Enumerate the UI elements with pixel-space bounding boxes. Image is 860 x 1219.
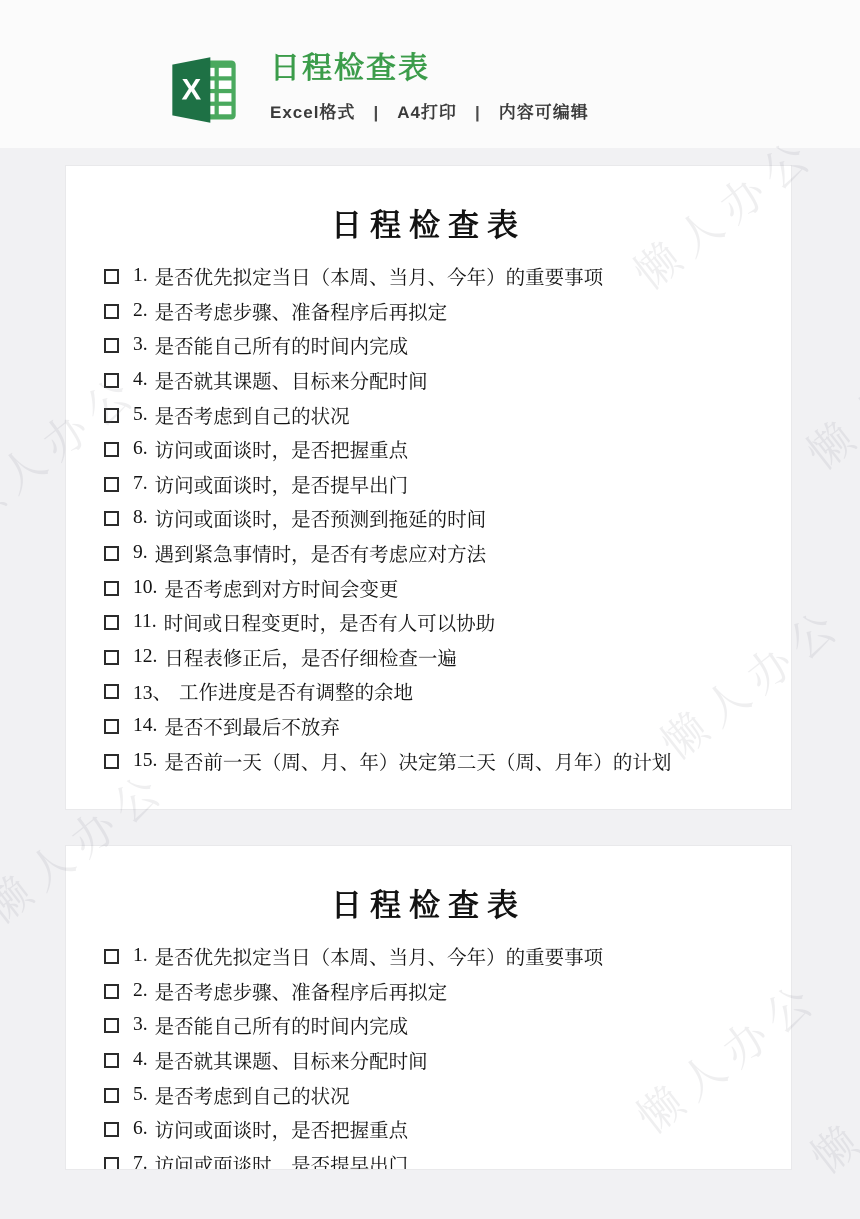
checklist-item: 3.是否能自己所有的时间内完成 (104, 328, 791, 363)
page-subtitle: Excel格式|A4打印|内容可编辑 (270, 98, 589, 123)
item-text: 工作进度是否有调整的余地 (179, 677, 413, 705)
item-number: 12. (133, 646, 157, 668)
checkbox-icon (104, 269, 119, 284)
site-watermark: 懒人办公 (795, 1002, 860, 1185)
checklist: 1.是否优先拟定当日（本周、当月、今年）的重要事项2.是否考虑步骤、准备程序后再… (104, 259, 791, 778)
checkbox-icon (104, 650, 119, 665)
item-number: 15. (133, 750, 157, 772)
checklist-item: 8.访问或面谈时，是否预测到拖延的时间 (104, 501, 791, 536)
checkbox-icon (104, 511, 119, 526)
excel-logo-icon: X (170, 52, 238, 128)
item-number: 5. (133, 404, 148, 426)
item-number: 2. (133, 980, 148, 1002)
subtitle-editable: 内容可编辑 (499, 103, 589, 122)
item-text: 是否优先拟定当日（本周、当月、今年）的重要事项 (155, 262, 604, 290)
item-number: 5. (133, 1084, 148, 1106)
checkbox-icon (104, 581, 119, 596)
item-text: 是否就其课题、目标来分配时间 (155, 1046, 428, 1074)
checkbox-icon (104, 1088, 119, 1103)
checkbox-icon (104, 373, 119, 388)
item-number: 7. (133, 473, 148, 495)
checklist-item: 13、工作进度是否有调整的余地 (104, 674, 791, 709)
item-text: 是否能自己所有的时间内完成 (155, 1011, 409, 1039)
checkbox-icon (104, 1053, 119, 1068)
checklist-item: 7.访问或面谈时，是否提早出门 (104, 467, 791, 502)
checklist-item: 5.是否考虑到自己的状况 (104, 1077, 791, 1112)
checklist-item: 4.是否就其课题、目标来分配时间 (104, 363, 791, 398)
item-number: 13、 (133, 677, 172, 705)
checklist-item: 12.日程表修正后，是否仔细检查一遍 (104, 640, 791, 675)
page-title: 日程检查表 (270, 52, 589, 86)
item-text: 是否前一天（周、月、年）决定第二天（周、月年）的计划 (164, 747, 671, 775)
item-number: 7. (133, 1153, 148, 1170)
item-number: 3. (133, 334, 148, 356)
item-text: 是否考虑到自己的状况 (155, 1081, 350, 1109)
item-text: 是否优先拟定当日（本周、当月、今年）的重要事项 (155, 942, 604, 970)
subtitle-separator: | (475, 103, 481, 123)
page-header: X 日程检查表 Excel格式|A4打印|内容可编辑 (0, 0, 860, 148)
site-watermark: 懒人办公 (791, 298, 860, 481)
item-text: 访问或面谈时，是否提早出门 (155, 470, 409, 498)
checkbox-icon (104, 684, 119, 699)
checkbox-icon (104, 1157, 119, 1170)
item-text: 访问或面谈时，是否预测到拖延的时间 (155, 504, 487, 532)
item-number: 4. (133, 1049, 148, 1071)
checklist: 1.是否优先拟定当日（本周、当月、今年）的重要事项2.是否考虑步骤、准备程序后再… (104, 939, 791, 1170)
item-number: 4. (133, 369, 148, 391)
item-number: 1. (133, 945, 148, 967)
checklist-item: 14.是否不到最后不放弃 (104, 709, 791, 744)
checkbox-icon (104, 546, 119, 561)
checklist-item: 4.是否就其课题、目标来分配时间 (104, 1043, 791, 1078)
checklist-item: 15.是否前一天（周、月、年）决定第二天（周、月年）的计划 (104, 743, 791, 778)
checklist-item: 1.是否优先拟定当日（本周、当月、今年）的重要事项 (104, 939, 791, 974)
item-number: 6. (133, 1118, 148, 1140)
checklist-item: 10.是否考虑到对方时间会变更 (104, 570, 791, 605)
checklist-item: 7.访问或面谈时，是否提早出门 (104, 1147, 791, 1170)
checklist-item: 2.是否考虑步骤、准备程序后再拟定 (104, 294, 791, 329)
subtitle-print: A4打印 (397, 103, 457, 122)
item-text: 是否不到最后不放弃 (164, 712, 340, 740)
item-text: 是否就其课题、目标来分配时间 (155, 366, 428, 394)
checkbox-icon (104, 984, 119, 999)
checklist-title: 日程检查表 (66, 200, 791, 245)
checkbox-icon (104, 477, 119, 492)
checklist-item: 6.访问或面谈时，是否把握重点 (104, 1112, 791, 1147)
item-number: 1. (133, 265, 148, 287)
item-number: 14. (133, 715, 157, 737)
preview-card-2: 日程检查表 1.是否优先拟定当日（本周、当月、今年）的重要事项2.是否考虑步骤、… (65, 845, 792, 1170)
item-number: 9. (133, 542, 148, 564)
item-text: 是否能自己所有的时间内完成 (155, 331, 409, 359)
checkbox-icon (104, 304, 119, 319)
item-text: 访问或面谈时，是否提早出门 (155, 1150, 409, 1170)
subtitle-format: Excel格式 (270, 103, 355, 122)
checkbox-icon (104, 719, 119, 734)
item-text: 是否考虑到自己的状况 (155, 401, 350, 429)
checkbox-icon (104, 1122, 119, 1137)
item-text: 是否考虑步骤、准备程序后再拟定 (155, 977, 448, 1005)
checkbox-icon (104, 1018, 119, 1033)
item-number: 2. (133, 300, 148, 322)
checkbox-icon (104, 408, 119, 423)
item-text: 是否考虑步骤、准备程序后再拟定 (155, 297, 448, 325)
item-number: 8. (133, 507, 148, 529)
checklist-item: 9.遇到紧急事情时，是否有考虑应对方法 (104, 536, 791, 571)
item-number: 11. (133, 611, 157, 633)
item-number: 6. (133, 438, 148, 460)
item-text: 访问或面谈时，是否把握重点 (155, 435, 409, 463)
checklist-item: 1.是否优先拟定当日（本周、当月、今年）的重要事项 (104, 259, 791, 294)
item-number: 10. (133, 577, 157, 599)
item-text: 时间或日程变更时，是否有人可以协助 (164, 608, 496, 636)
checkbox-icon (104, 338, 119, 353)
item-text: 遇到紧急事情时，是否有考虑应对方法 (155, 539, 487, 567)
checkbox-icon (104, 949, 119, 964)
subtitle-separator: | (373, 103, 379, 123)
item-text: 是否考虑到对方时间会变更 (164, 574, 398, 602)
svg-text:X: X (181, 74, 201, 107)
checkbox-icon (104, 442, 119, 457)
checklist-item: 3.是否能自己所有的时间内完成 (104, 1008, 791, 1043)
item-number: 3. (133, 1014, 148, 1036)
item-text: 日程表修正后，是否仔细检查一遍 (164, 643, 457, 671)
item-text: 访问或面谈时，是否把握重点 (155, 1115, 409, 1143)
checkbox-icon (104, 615, 119, 630)
checklist-item: 11.时间或日程变更时，是否有人可以协助 (104, 605, 791, 640)
preview-card-1: 日程检查表 1.是否优先拟定当日（本周、当月、今年）的重要事项2.是否考虑步骤、… (65, 165, 792, 810)
checklist-title: 日程检查表 (66, 880, 791, 925)
checklist-item: 2.是否考虑步骤、准备程序后再拟定 (104, 974, 791, 1009)
checklist-item: 5.是否考虑到自己的状况 (104, 397, 791, 432)
checkbox-icon (104, 754, 119, 769)
checklist-item: 6.访问或面谈时，是否把握重点 (104, 432, 791, 467)
